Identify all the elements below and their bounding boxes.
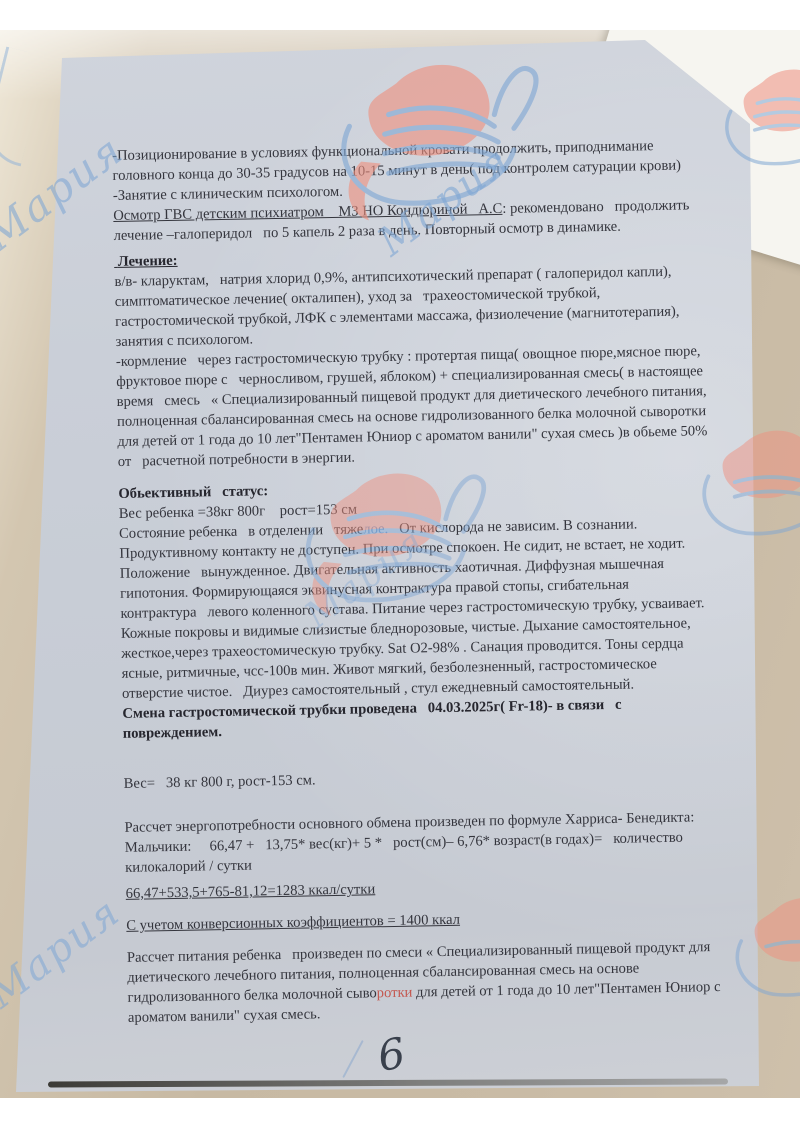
- text-run: Состояние ребенка в отделении тяже: [119, 521, 364, 541]
- text-run: Осмотр ГВС детским психиатром МЗ НО Конд…: [113, 201, 502, 224]
- document-paragraph: Состояние ребенка в отделении тяжелое. О…: [119, 512, 770, 704]
- document-paragraph: С учетом конверсионных коэффициентов = 1…: [126, 904, 774, 936]
- text-run: -кормление через гастростомическую трубк…: [116, 343, 708, 470]
- text-run: ротки: [377, 985, 413, 1002]
- text-run: в/в- кларуктам, натрия хлорид 0,9%, анти…: [114, 264, 679, 350]
- text-run: Обьективный статус:: [118, 483, 268, 502]
- text-run: Рассчет энергопотребности основного обме…: [124, 809, 694, 875]
- document-paragraph: Рассчет энергопотребности основного обме…: [124, 806, 773, 878]
- document-paragraph: -кормление через гастростомическую трубк…: [116, 340, 766, 472]
- text-run: лое.: [363, 521, 388, 537]
- text-run: 66,47+533,5+765-81,12=1283 ккал/сутки: [126, 881, 376, 902]
- text-run: -Занятие с клиническим психологом.: [113, 184, 343, 204]
- document-paragraph: в/в- кларуктам, натрия хлорид 0,9%, анти…: [114, 260, 763, 352]
- text-run: Вес= 38 кг 800 г, рост-153 см.: [124, 772, 316, 792]
- text-run: С учетом конверсионных коэффициентов = 1…: [126, 912, 460, 934]
- document-paragraph: Вес= 38 кг 800 г, рост-153 см.: [124, 762, 772, 794]
- watermark-script-tail: [0, 46, 48, 166]
- text-run: -Позиционирование в условиях функциональ…: [112, 138, 681, 184]
- document-body: -Позиционирование в условиях функциональ…: [112, 134, 776, 1028]
- paper-sheet: -Позиционирование в условиях функциональ…: [0, 30, 800, 1098]
- document-paragraph: Рассчет питания ребенка произведен по см…: [127, 936, 776, 1028]
- text-run: Лечение:: [114, 253, 178, 270]
- document-photo: -Позиционирование в условиях функциональ…: [0, 30, 800, 1098]
- page-number-handwritten: 6: [374, 1028, 409, 1081]
- document-paragraph: 66,47+533,5+765-81,12=1283 ккал/сутки: [126, 872, 774, 904]
- text-run: От кислорода не зависим. В сознании. Про…: [119, 516, 704, 701]
- text-run: Смена гастростомической трубки проведена…: [122, 697, 621, 742]
- text-run: Вес ребенка =38кг 800г рост=153 см: [119, 502, 358, 522]
- pen-stroke-mark: [342, 1040, 363, 1078]
